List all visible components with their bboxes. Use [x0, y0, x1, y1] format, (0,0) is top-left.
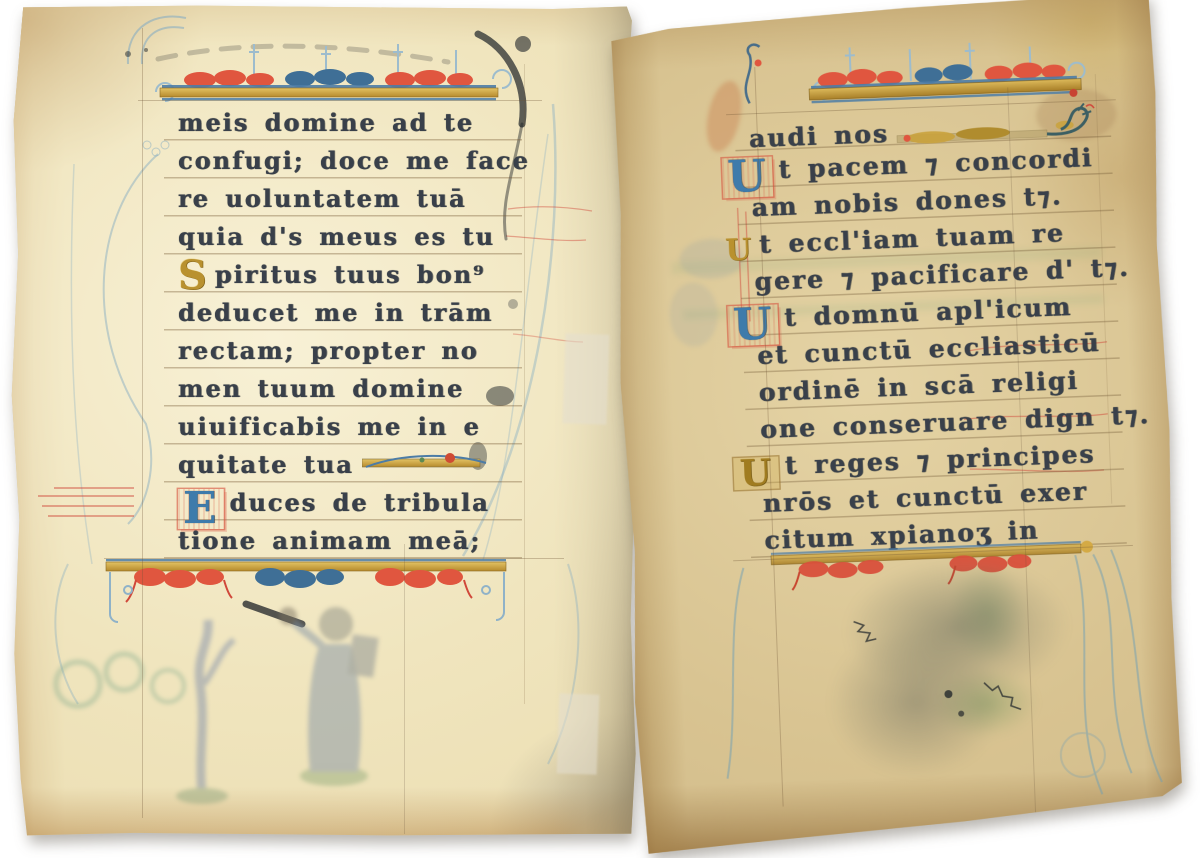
- text-line: Educes de tribula: [178, 484, 508, 522]
- illuminated-initial: S: [178, 258, 209, 294]
- latin-text: tione animam meā;: [178, 526, 481, 555]
- ruling-line: [104, 558, 564, 559]
- text-line: tione animam meā;: [178, 522, 508, 560]
- text-block: meis domine ad te confugi; doce me face …: [164, 104, 522, 560]
- ghost-figure: [258, 584, 418, 794]
- latin-text: re uoluntatem tuā: [178, 184, 467, 213]
- latin-text: quia d's meus es tu: [178, 222, 495, 251]
- tape-residue: [562, 333, 609, 424]
- illuminated-initial: U: [725, 236, 754, 264]
- text-line: deducet me in trām: [178, 294, 508, 332]
- latin-text: rectam; propter no: [178, 336, 479, 365]
- top-border-ornament: [104, 22, 544, 102]
- right-leaf-wrapper: audi nos Ut pacem ⁊ concordi am nobis do…: [602, 0, 1186, 854]
- tape-residue: [557, 693, 600, 774]
- text-line: quia d's meus es tu: [178, 218, 508, 256]
- text-line: quitate tua: [178, 446, 508, 484]
- foliage-show-through: [38, 624, 228, 734]
- latin-text: men tuum domine: [178, 374, 464, 403]
- line-filler-ornament: [362, 446, 492, 484]
- latin-text: piritus tuus bon⁹: [215, 260, 486, 289]
- smudge-show-through: [793, 550, 1112, 802]
- latin-text: duces de tribula: [230, 488, 490, 517]
- manuscript-scan: meis domine ad te confugi; doce me face …: [0, 0, 1200, 858]
- latin-text: confugi; doce me face: [178, 146, 530, 175]
- crease-line: [404, 544, 405, 834]
- text-line: re uoluntatem tuā: [178, 180, 508, 218]
- tree-show-through: [158, 604, 248, 804]
- text-line: uiuificabis me in e: [178, 408, 508, 446]
- latin-text: deducet me in trām: [178, 298, 493, 327]
- text-line: men tuum domine: [178, 370, 508, 408]
- latin-text: uiuificabis me in e: [178, 412, 481, 441]
- text-line: confugi; doce me face: [178, 142, 508, 180]
- ruling-line: [524, 64, 525, 704]
- latin-text: quitate tua: [178, 450, 354, 479]
- text-line: meis domine ad te: [178, 104, 508, 142]
- latin-text: meis domine ad te: [178, 108, 474, 137]
- left-leaf-wrapper: meis domine ad te confugi; doce me face …: [8, 4, 642, 837]
- right-manuscript-leaf: audi nos Ut pacem ⁊ concordi am nobis do…: [602, 0, 1186, 854]
- left-manuscript-leaf: meis domine ad te confugi; doce me face …: [8, 4, 642, 837]
- text-block: audi nos Ut pacem ⁊ concordi am nobis do…: [734, 101, 1127, 559]
- ruling-line: [142, 28, 143, 818]
- text-line: Spiritus tuus bon⁹: [178, 256, 508, 294]
- text-line: rectam; propter no: [178, 332, 508, 370]
- ruling-line: [138, 100, 542, 101]
